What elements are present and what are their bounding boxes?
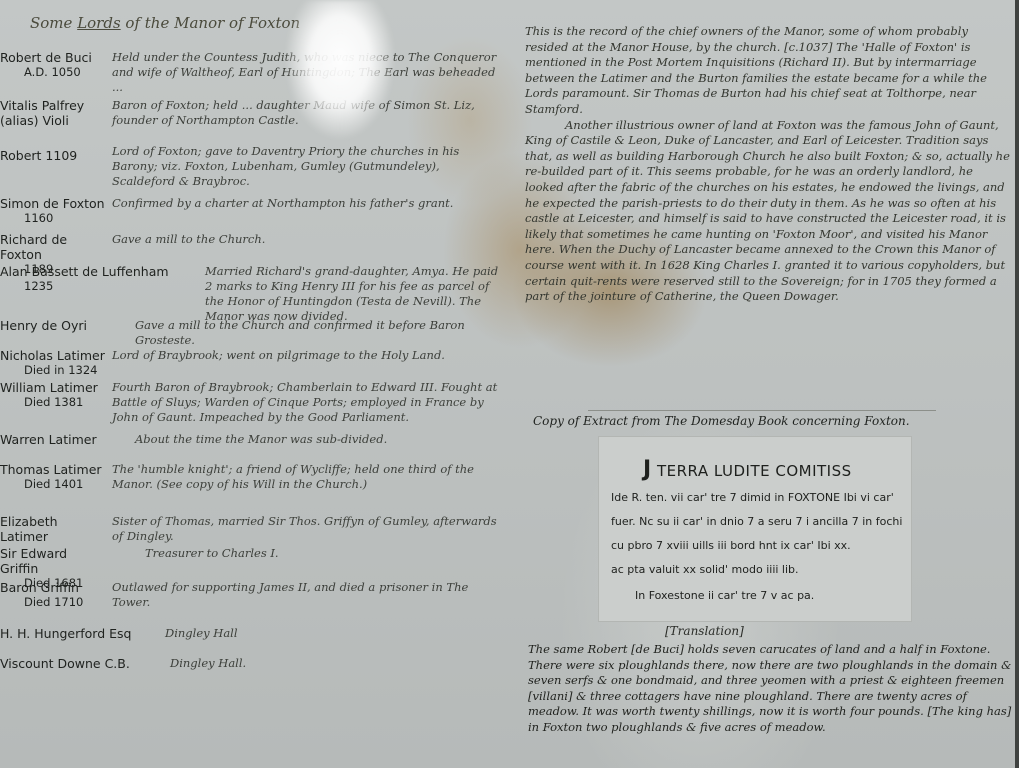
lord-name: William LatimerDied 1381	[0, 380, 108, 410]
drop-initial: J	[643, 457, 652, 482]
title-lords: Lords	[77, 14, 120, 32]
lord-desc: Lord of Foxton; gave to Daventry Priory …	[112, 144, 502, 189]
document-title: Some Lords of the Manor of Foxton	[30, 14, 300, 32]
lord-name: Alan Bassett de Luffenham1235	[0, 264, 200, 294]
lord-name: Nicholas LatimerDied in 1324	[0, 348, 108, 378]
lord-name: Henry de Oyri	[0, 318, 108, 333]
domesday-line: Ide R. ten. vii car' tre 7 dimid in FOXT…	[611, 491, 894, 504]
lord-desc: Confirmed by a charter at Northampton hi…	[112, 196, 502, 211]
lord-desc: About the time the Manor was sub-divided…	[135, 432, 525, 447]
lord-name: Viscount Downe C.B.	[0, 656, 150, 671]
title-prefix: Some	[30, 14, 77, 32]
light-glare	[285, 0, 395, 150]
lord-name: H. H. Hungerford Esq	[0, 626, 150, 641]
domesday-line: cu pbro 7 xviii uills iii bord hnt ix ca…	[611, 539, 851, 552]
lord-desc: Married Richard's grand-daughter, Amya. …	[205, 264, 505, 324]
lord-desc: The 'humble knight'; a friend of Wycliff…	[112, 462, 502, 492]
domesday-title: J TERRA LUDITE COMITISS	[643, 457, 852, 482]
lord-name: Thomas LatimerDied 1401	[0, 462, 108, 492]
lord-name: Warren Latimer	[0, 432, 108, 447]
lord-name: Baron GriffinDied 1710	[0, 580, 108, 610]
domesday-line: ac pta valuit xx solid' modo iiii lib.	[611, 563, 799, 576]
translation-text: The same Robert [de Buci] holds seven ca…	[528, 642, 1013, 735]
lord-desc: Dingley Hall	[165, 626, 555, 641]
domesday-line: fuer. Nc su ii car' in dnio 7 a seru 7 i…	[611, 515, 902, 528]
domesday-extract-box: J TERRA LUDITE COMITISS Ide R. ten. vii …	[598, 436, 912, 622]
framed-document: Some Lords of the Manor of Foxton Robert…	[0, 0, 1019, 768]
divider-rule	[588, 410, 936, 411]
lord-desc: Gave a mill to the Church.	[112, 232, 502, 247]
record-paragraph-1: This is the record of the chief owners o…	[525, 24, 1010, 118]
frame-edge	[1015, 0, 1019, 768]
manor-record: This is the record of the chief owners o…	[525, 24, 1010, 305]
record-paragraph-2: Another illustrious owner of land at Fox…	[525, 118, 1010, 305]
lord-desc: Sister of Thomas, married Sir Thos. Grif…	[112, 514, 502, 544]
domesday-line: In Foxestone ii car' tre 7 v ac pa.	[635, 589, 814, 602]
lord-desc: Fourth Baron of Braybrook; Chamberlain t…	[112, 380, 502, 425]
lord-name: Simon de Foxton1160	[0, 196, 108, 226]
translation-heading: [Translation]	[665, 624, 744, 638]
lord-desc: Outlawed for supporting James II, and di…	[112, 580, 502, 610]
lord-name: Robert 1109	[0, 148, 108, 163]
lord-desc: Treasurer to Charles I.	[145, 546, 535, 561]
lord-desc: Lord of Braybrook; went on pilgrimage to…	[112, 348, 502, 363]
lord-name: Elizabeth Latimer	[0, 514, 108, 544]
lord-desc: Gave a mill to the Church and confirmed …	[135, 318, 505, 348]
lord-desc: Dingley Hall.	[170, 656, 560, 671]
lord-name: Robert de BuciA.D. 1050	[0, 50, 108, 80]
domesday-heading: Copy of Extract from The Domesday Book c…	[533, 414, 910, 428]
lord-name: Vitalis Palfrey (alias) Violi	[0, 98, 108, 128]
title-suffix: of the Manor of Foxton	[121, 14, 301, 32]
